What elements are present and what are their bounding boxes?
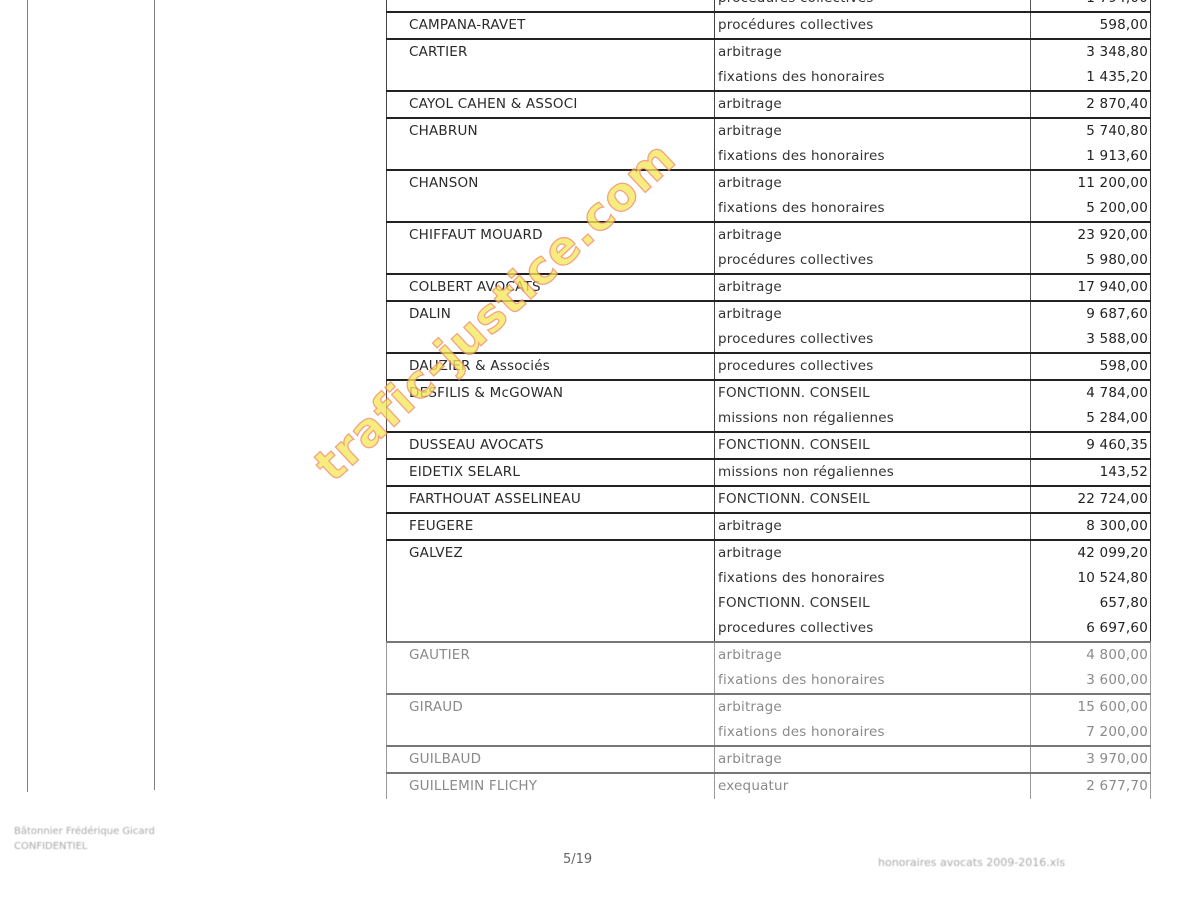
cell-fee-type: arbitrage bbox=[715, 274, 1031, 301]
table-row: CHIFFAUT MOUARDarbitrage23 920,00 bbox=[387, 222, 1151, 248]
footer-author: Bâtonnier Frédérique Gicard CONFIDENTIEL bbox=[14, 824, 155, 854]
cell-firm-name: CHIFFAUT MOUARD bbox=[387, 222, 715, 248]
cell-firm-name: FARTHOUAT ASSELINEAU bbox=[387, 486, 715, 513]
cell-firm-name: GAUTIER bbox=[387, 642, 715, 668]
cell-fee-type: arbitrage bbox=[715, 91, 1031, 118]
cell-fee-type: fixations des honoraires bbox=[715, 566, 1031, 591]
cell-amount: 3 348,80 bbox=[1031, 39, 1151, 65]
footer-filename: honoraires avocats 2009-2016.xls bbox=[878, 856, 1065, 869]
cell-fee-type: arbitrage bbox=[715, 694, 1031, 720]
cell-amount: 2 870,40 bbox=[1031, 91, 1151, 118]
table-row: CHANSONarbitrage11 200,00 bbox=[387, 170, 1151, 196]
cell-fee-type: procédures collectives bbox=[715, 0, 1031, 12]
cell-amount: 3 588,00 bbox=[1031, 327, 1151, 353]
table-row: GUILBAUDarbitrage3 970,00 bbox=[387, 746, 1151, 773]
cell-fee-type: fixations des honoraires bbox=[715, 196, 1031, 222]
cell-amount: 9 687,60 bbox=[1031, 301, 1151, 327]
table-row: fixations des honoraires3 600,00 bbox=[387, 668, 1151, 694]
cell-firm-name: EIDETIX SELARL bbox=[387, 459, 715, 486]
cell-firm-name: CHANSON bbox=[387, 170, 715, 196]
fees-table-body: procédures collectives1 794,00CAMPANA-RA… bbox=[387, 0, 1151, 799]
cell-firm-name: CAMPANA-RAVET bbox=[387, 12, 715, 39]
table-row: procédures collectives5 980,00 bbox=[387, 248, 1151, 274]
cell-fee-type: fixations des honoraires bbox=[715, 65, 1031, 91]
cell-fee-type: arbitrage bbox=[715, 170, 1031, 196]
cell-amount: 17 940,00 bbox=[1031, 274, 1151, 301]
cell-amount: 6 697,60 bbox=[1031, 616, 1151, 642]
page-margin-line-left bbox=[27, 0, 28, 792]
cell-amount: 11 200,00 bbox=[1031, 170, 1151, 196]
table-row: FONCTIONN. CONSEIL657,80 bbox=[387, 591, 1151, 616]
cell-amount: 657,80 bbox=[1031, 591, 1151, 616]
table-row: CAYOL CAHEN & ASSOCIarbitrage2 870,40 bbox=[387, 91, 1151, 118]
cell-fee-type: arbitrage bbox=[715, 642, 1031, 668]
cell-amount: 1 913,60 bbox=[1031, 144, 1151, 170]
cell-fee-type: FONCTIONN. CONSEIL bbox=[715, 486, 1031, 513]
cell-amount: 143,52 bbox=[1031, 459, 1151, 486]
cell-firm-name: CARTIER bbox=[387, 39, 715, 65]
table-row: fixations des honoraires5 200,00 bbox=[387, 196, 1151, 222]
cell-firm-name bbox=[387, 406, 715, 432]
cell-fee-type: exequatur bbox=[715, 773, 1031, 799]
cell-amount: 598,00 bbox=[1031, 353, 1151, 380]
cell-amount: 1 435,20 bbox=[1031, 65, 1151, 91]
cell-firm-name bbox=[387, 591, 715, 616]
cell-fee-type: fixations des honoraires bbox=[715, 720, 1031, 746]
table-row: DAUZIER & Associésprocedures collectives… bbox=[387, 353, 1151, 380]
table-row: procédures collectives1 794,00 bbox=[387, 0, 1151, 12]
cell-firm-name bbox=[387, 65, 715, 91]
cell-fee-type: arbitrage bbox=[715, 540, 1031, 566]
table-row: COLBERT AVOCATSarbitrage17 940,00 bbox=[387, 274, 1151, 301]
cell-fee-type: procedures collectives bbox=[715, 353, 1031, 380]
table-row: CAMPANA-RAVETprocédures collectives598,0… bbox=[387, 12, 1151, 39]
cell-firm-name: DALIN bbox=[387, 301, 715, 327]
cell-firm-name bbox=[387, 248, 715, 274]
cell-fee-type: fixations des honoraires bbox=[715, 144, 1031, 170]
cell-amount: 22 724,00 bbox=[1031, 486, 1151, 513]
cell-amount: 3 600,00 bbox=[1031, 668, 1151, 694]
cell-fee-type: procédures collectives bbox=[715, 248, 1031, 274]
cell-amount: 23 920,00 bbox=[1031, 222, 1151, 248]
table-row: procedures collectives6 697,60 bbox=[387, 616, 1151, 642]
cell-amount: 10 524,80 bbox=[1031, 566, 1151, 591]
cell-amount: 8 300,00 bbox=[1031, 513, 1151, 540]
table-row: GUILLEMIN FLICHYexequatur2 677,70 bbox=[387, 773, 1151, 799]
cell-fee-type: arbitrage bbox=[715, 222, 1031, 248]
cell-amount: 7 200,00 bbox=[1031, 720, 1151, 746]
cell-amount: 5 200,00 bbox=[1031, 196, 1151, 222]
cell-amount: 1 794,00 bbox=[1031, 0, 1151, 12]
cell-firm-name bbox=[387, 668, 715, 694]
cell-firm-name: GUILLEMIN FLICHY bbox=[387, 773, 715, 799]
cell-firm-name: GALVEZ bbox=[387, 540, 715, 566]
cell-amount: 42 099,20 bbox=[1031, 540, 1151, 566]
cell-amount: 4 784,00 bbox=[1031, 380, 1151, 406]
cell-fee-type: FONCTIONN. CONSEIL bbox=[715, 591, 1031, 616]
table-row: CARTIERarbitrage3 348,80 bbox=[387, 39, 1151, 65]
table-row: procedures collectives3 588,00 bbox=[387, 327, 1151, 353]
cell-firm-name: CAYOL CAHEN & ASSOCI bbox=[387, 91, 715, 118]
table-row: GALVEZarbitrage42 099,20 bbox=[387, 540, 1151, 566]
cell-amount: 5 740,80 bbox=[1031, 118, 1151, 144]
table-row: FARTHOUAT ASSELINEAUFONCTIONN. CONSEIL22… bbox=[387, 486, 1151, 513]
table-row: FEUGEREarbitrage8 300,00 bbox=[387, 513, 1151, 540]
table-row: missions non régaliennes5 284,00 bbox=[387, 406, 1151, 432]
footer-confidential-label: CONFIDENTIEL bbox=[14, 839, 155, 854]
cell-firm-name: DAUZIER & Associés bbox=[387, 353, 715, 380]
footer-author-line: Bâtonnier Frédérique Gicard bbox=[14, 824, 155, 839]
cell-fee-type: arbitrage bbox=[715, 301, 1031, 327]
cell-fee-type: FONCTIONN. CONSEIL bbox=[715, 380, 1031, 406]
cell-firm-name: CHABRUN bbox=[387, 118, 715, 144]
table-row: DESFILIS & McGOWANFONCTIONN. CONSEIL4 78… bbox=[387, 380, 1151, 406]
cell-firm-name bbox=[387, 616, 715, 642]
fees-table-container: procédures collectives1 794,00CAMPANA-RA… bbox=[386, 0, 1150, 799]
cell-amount: 4 800,00 bbox=[1031, 642, 1151, 668]
cell-fee-type: arbitrage bbox=[715, 118, 1031, 144]
table-row: EIDETIX SELARLmissions non régaliennes14… bbox=[387, 459, 1151, 486]
cell-firm-name bbox=[387, 720, 715, 746]
cell-fee-type: missions non régaliennes bbox=[715, 406, 1031, 432]
cell-fee-type: procedures collectives bbox=[715, 616, 1031, 642]
cell-fee-type: arbitrage bbox=[715, 746, 1031, 773]
cell-firm-name bbox=[387, 196, 715, 222]
table-row: DALINarbitrage9 687,60 bbox=[387, 301, 1151, 327]
table-row: fixations des honoraires7 200,00 bbox=[387, 720, 1151, 746]
cell-firm-name: DESFILIS & McGOWAN bbox=[387, 380, 715, 406]
table-row: fixations des honoraires1 913,60 bbox=[387, 144, 1151, 170]
cell-amount: 598,00 bbox=[1031, 12, 1151, 39]
table-row: fixations des honoraires10 524,80 bbox=[387, 566, 1151, 591]
cell-fee-type: FONCTIONN. CONSEIL bbox=[715, 432, 1031, 459]
table-row: GIRAUDarbitrage15 600,00 bbox=[387, 694, 1151, 720]
cell-firm-name bbox=[387, 144, 715, 170]
cell-amount: 5 980,00 bbox=[1031, 248, 1151, 274]
table-row: DUSSEAU AVOCATSFONCTIONN. CONSEIL9 460,3… bbox=[387, 432, 1151, 459]
cell-amount: 5 284,00 bbox=[1031, 406, 1151, 432]
cell-amount: 9 460,35 bbox=[1031, 432, 1151, 459]
cell-fee-type: fixations des honoraires bbox=[715, 668, 1031, 694]
cell-firm-name bbox=[387, 0, 715, 12]
cell-amount: 2 677,70 bbox=[1031, 773, 1151, 799]
page-margin-line-inner bbox=[154, 0, 155, 790]
cell-firm-name: FEUGERE bbox=[387, 513, 715, 540]
cell-fee-type: procédures collectives bbox=[715, 12, 1031, 39]
cell-firm-name bbox=[387, 327, 715, 353]
cell-firm-name: DUSSEAU AVOCATS bbox=[387, 432, 715, 459]
table-row: fixations des honoraires1 435,20 bbox=[387, 65, 1151, 91]
cell-fee-type: arbitrage bbox=[715, 39, 1031, 65]
cell-fee-type: arbitrage bbox=[715, 513, 1031, 540]
cell-fee-type: missions non régaliennes bbox=[715, 459, 1031, 486]
cell-firm-name: COLBERT AVOCATS bbox=[387, 274, 715, 301]
page-indicator: 5/19 bbox=[563, 852, 592, 867]
cell-firm-name: GUILBAUD bbox=[387, 746, 715, 773]
cell-fee-type: procedures collectives bbox=[715, 327, 1031, 353]
fees-table: procédures collectives1 794,00CAMPANA-RA… bbox=[386, 0, 1151, 799]
cell-amount: 3 970,00 bbox=[1031, 746, 1151, 773]
cell-amount: 15 600,00 bbox=[1031, 694, 1151, 720]
table-row: CHABRUNarbitrage5 740,80 bbox=[387, 118, 1151, 144]
cell-firm-name: GIRAUD bbox=[387, 694, 715, 720]
table-row: GAUTIERarbitrage4 800,00 bbox=[387, 642, 1151, 668]
cell-firm-name bbox=[387, 566, 715, 591]
